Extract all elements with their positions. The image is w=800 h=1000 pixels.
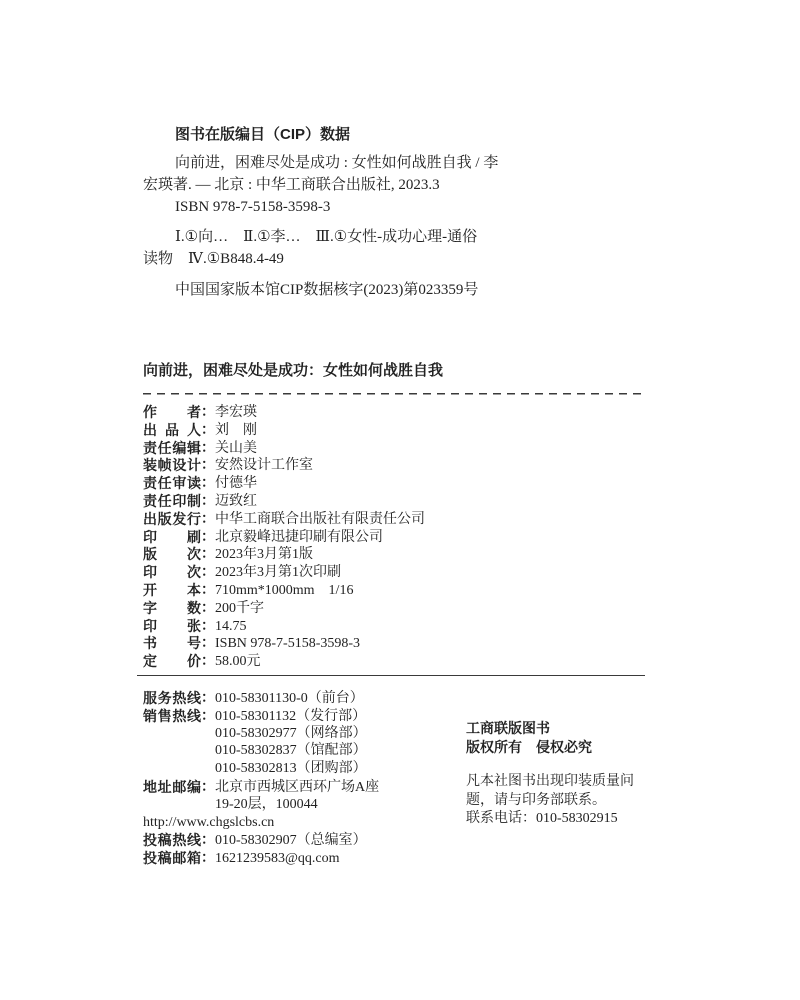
pub-label: 开本 xyxy=(143,582,201,600)
pub-value: 2023年3月第1版 xyxy=(215,547,313,562)
contact-label: 销售热线 xyxy=(143,708,201,726)
copyright-line: 版权所有 侵权必究 xyxy=(466,738,686,757)
address-row-line2: 19-20层，100044 xyxy=(143,796,473,814)
pub-value: 北京毅峰迅捷印刷有限公司 xyxy=(215,530,383,545)
pub-label: 责任印制 xyxy=(143,493,201,511)
pub-row-producer: 出品人：刘 刚 xyxy=(143,421,645,439)
pub-label: 出品人 xyxy=(143,422,201,440)
sales-hotline-extra-row: 010-58302813（团购部） xyxy=(143,760,473,778)
pub-row-sheets: 印张：14.75 xyxy=(143,617,645,635)
pub-row-isbn: 书号：ISBN 978-7-5158-3598-3 xyxy=(143,634,645,652)
label-colon: ： xyxy=(201,492,215,508)
pub-row-reviewer: 责任审读：付德华 xyxy=(143,474,645,492)
service-hotline-row: 服务热线：010-58301130-0（前台） xyxy=(143,689,473,707)
label-colon: ： xyxy=(201,474,215,490)
pub-row-publisher: 出版发行：中华工商联合出版社有限责任公司 xyxy=(143,510,645,528)
sales-hotline-extra-row: 010-58302837（馆配部） xyxy=(143,742,473,760)
cip-header: 图书在版编目（CIP）数据 xyxy=(143,124,658,146)
pub-label: 印张 xyxy=(143,618,201,636)
contact-value: 010-58301132（发行部） xyxy=(215,709,366,724)
solid-divider xyxy=(137,675,645,677)
pub-value: 2023年3月第1次印刷 xyxy=(215,565,341,580)
pub-value: ISBN 978-7-5158-3598-3 xyxy=(215,636,360,651)
cip-record-number: 中国国家版本馆CIP数据核字(2023)第023359号 xyxy=(143,279,658,301)
address-row: 地址邮编：北京市西城区西环广场A座 xyxy=(143,778,473,796)
pub-label: 印次 xyxy=(143,564,201,582)
pub-row-format: 开本：710mm*1000mm 1/16 xyxy=(143,581,645,599)
cip-isbn: ISBN 978-7-5158-3598-3 xyxy=(143,196,658,218)
cip-classification-line1: Ⅰ.①向… Ⅱ.①李… Ⅲ.①女性-成功心理-通俗 xyxy=(143,226,658,248)
pub-label: 作者 xyxy=(143,404,201,422)
pub-label: 版次 xyxy=(143,546,201,564)
pub-row-print-supervisor: 责任印制：迈致红 xyxy=(143,492,645,510)
cip-classification-line2: 读物 Ⅳ.①B848.4-49 xyxy=(143,248,658,270)
label-colon: ： xyxy=(201,439,215,455)
pub-value: 58.00元 xyxy=(215,654,261,669)
website-url: http://www.chgslcbs.cn xyxy=(143,815,274,830)
book-copyright-page: { "colors": {"page_bg": "#ffffff", "ink"… xyxy=(0,0,800,1000)
contact-value: 010-58302813（团购部） xyxy=(143,760,367,778)
sales-hotline-row: 销售热线：010-58301132（发行部） xyxy=(143,707,473,725)
pub-value: 200千字 xyxy=(215,601,264,616)
label-colon: ： xyxy=(201,634,215,650)
pub-value: 安然设计工作室 xyxy=(215,458,313,473)
contact-value: 北京市西城区西环广场A座 xyxy=(215,780,379,795)
pub-label: 装帧设计 xyxy=(143,457,201,475)
imprint-line: 工商联版图书 xyxy=(466,719,686,738)
label-colon: ： xyxy=(201,456,215,472)
pub-value: 710mm*1000mm 1/16 xyxy=(215,583,353,598)
contact-value: 010-58301130-0（前台） xyxy=(215,691,364,706)
dashed-divider xyxy=(143,393,645,395)
pub-row-impression: 印次：2023年3月第1次印刷 xyxy=(143,563,645,581)
label-colon: ： xyxy=(201,707,215,723)
pub-row-author: 作者：李宏瑛 xyxy=(143,403,645,421)
contact-label: 投稿邮箱 xyxy=(143,850,201,868)
contact-label: 投稿热线 xyxy=(143,832,201,850)
label-colon: ： xyxy=(201,563,215,579)
pub-label: 责任编辑 xyxy=(143,440,201,458)
pub-value: 关山美 xyxy=(215,441,257,456)
book-title: 向前进，困难尽处是成功：女性如何战胜自我 xyxy=(143,362,645,380)
label-colon: ： xyxy=(201,421,215,437)
pub-label: 书号 xyxy=(143,635,201,653)
label-colon: ： xyxy=(201,403,215,419)
sales-hotline-extra-row: 010-58302977（网络部） xyxy=(143,725,473,743)
pub-value: 中华工商联合出版社有限责任公司 xyxy=(215,512,425,527)
contact-block: 服务热线：010-58301130-0（前台） 销售热线：010-5830113… xyxy=(143,689,473,867)
book-info-block: 向前进，困难尽处是成功：女性如何战胜自我 作者：李宏瑛 出品人：刘 刚 责任编辑… xyxy=(143,362,645,676)
pub-row-price: 定价：58.00元 xyxy=(143,652,645,670)
cip-description-line2: 宏瑛著. — 北京 : 中华工商联合出版社, 2023.3 xyxy=(143,174,658,196)
contact-label: 服务热线 xyxy=(143,690,201,708)
quality-contact-phone: 联系电话：010-58302915 xyxy=(466,810,686,829)
pub-value: 14.75 xyxy=(215,619,247,634)
contact-value: 19-20层，100044 xyxy=(143,796,318,814)
label-colon: ： xyxy=(201,831,215,847)
pub-label: 字数 xyxy=(143,600,201,618)
label-colon: ： xyxy=(201,778,215,794)
website-row: http://www.chgslcbs.cn xyxy=(143,814,473,832)
contact-value: 010-58302907（总编室） xyxy=(215,833,367,848)
pub-value: 李宏瑛 xyxy=(215,405,257,420)
pub-row-designer: 装帧设计：安然设计工作室 xyxy=(143,456,645,474)
quality-notice-line2: 题，请与印务部联系。 xyxy=(466,792,686,811)
cip-description-line1: 向前进，困难尽处是成功 : 女性如何战胜自我 / 李 xyxy=(143,152,658,174)
label-colon: ： xyxy=(201,581,215,597)
contact-value: 010-58302977（网络部） xyxy=(143,725,367,743)
label-colon: ： xyxy=(201,545,215,561)
label-colon: ： xyxy=(201,599,215,615)
copyright-block: 工商联版图书 版权所有 侵权必究 凡本社图书出现印装质量问 题，请与印务部联系。… xyxy=(466,719,686,829)
quality-notice-line1: 凡本社图书出现印装质量问 xyxy=(466,773,686,792)
label-colon: ： xyxy=(201,510,215,526)
submission-email-row: 投稿邮箱：1621239583@qq.com xyxy=(143,849,473,867)
label-colon: ： xyxy=(201,617,215,633)
label-colon: ： xyxy=(201,689,215,705)
contact-value: 010-58302837（馆配部） xyxy=(143,742,367,760)
submission-phone-row: 投稿热线：010-58302907（总编室） xyxy=(143,831,473,849)
spacer xyxy=(466,757,686,773)
pub-value: 付德华 xyxy=(215,476,257,491)
pub-row-word-count: 字数：200千字 xyxy=(143,599,645,617)
label-colon: ： xyxy=(201,652,215,668)
pub-label: 印刷 xyxy=(143,529,201,547)
pub-label: 出版发行 xyxy=(143,511,201,529)
pub-label: 定价 xyxy=(143,653,201,671)
label-colon: ： xyxy=(201,528,215,544)
pub-row-printer: 印刷：北京毅峰迅捷印刷有限公司 xyxy=(143,528,645,546)
pub-value: 迈致红 xyxy=(215,494,257,509)
cip-block: 图书在版编目（CIP）数据 向前进，困难尽处是成功 : 女性如何战胜自我 / 李… xyxy=(143,124,658,301)
pub-row-editor: 责任编辑：关山美 xyxy=(143,439,645,457)
pub-row-edition: 版次：2023年3月第1版 xyxy=(143,545,645,563)
label-colon: ： xyxy=(201,849,215,865)
contact-value: 1621239583@qq.com xyxy=(215,851,340,866)
pub-value: 刘 刚 xyxy=(215,423,257,438)
contact-label: 地址邮编 xyxy=(143,779,201,797)
pub-label: 责任审读 xyxy=(143,475,201,493)
publication-list: 作者：李宏瑛 出品人：刘 刚 责任编辑：关山美 装帧设计：安然设计工作室 责任审… xyxy=(143,403,645,670)
